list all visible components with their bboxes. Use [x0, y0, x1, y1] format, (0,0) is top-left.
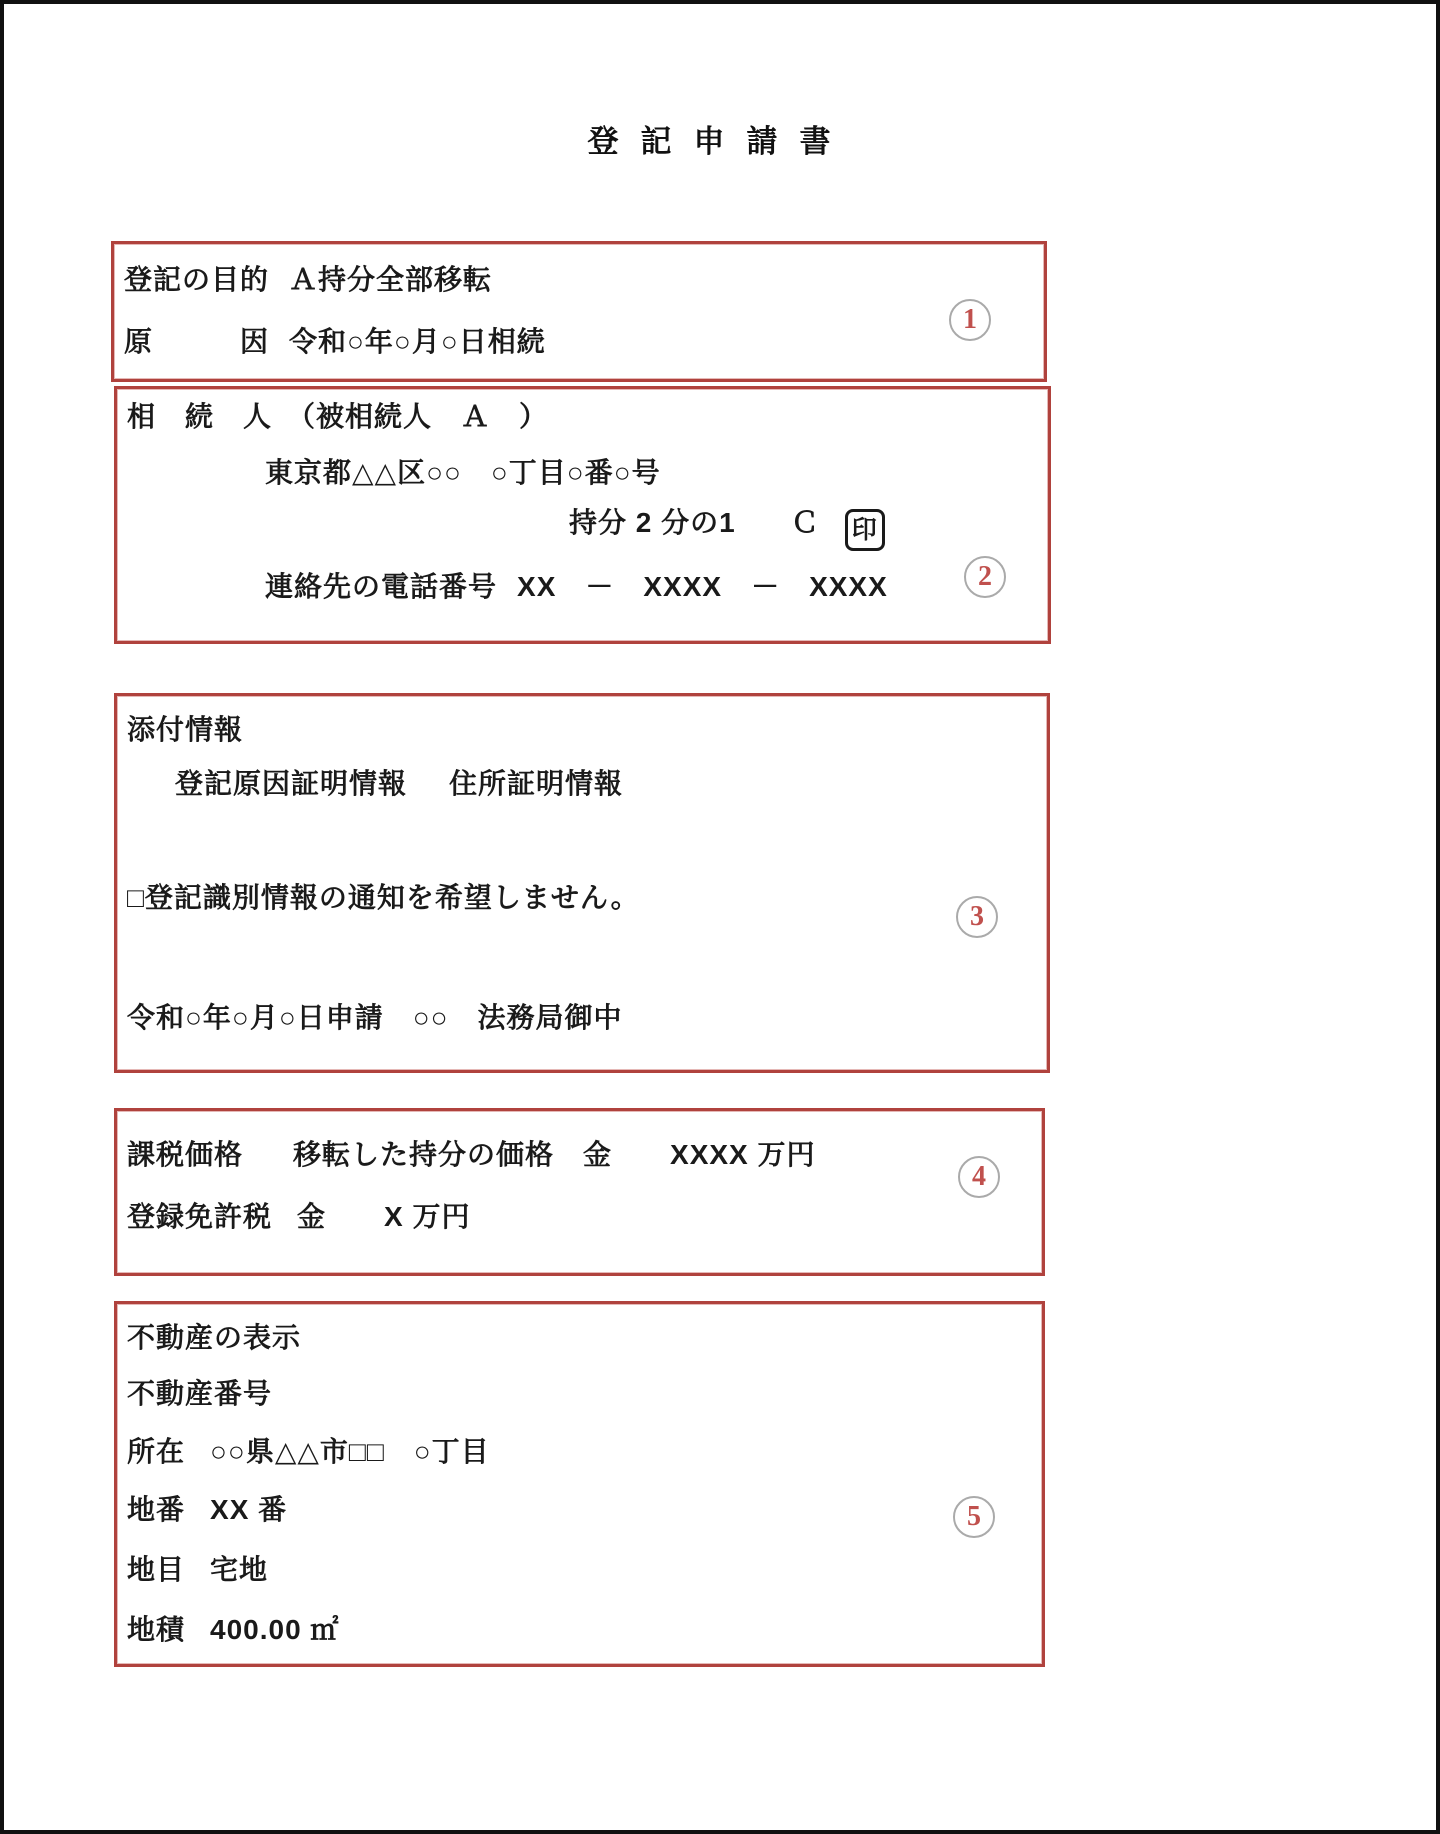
- heir-address: 東京都△△区○○ ○丁目○番○号: [265, 451, 661, 491]
- land-category-label: 地目: [127, 1554, 185, 1585]
- tax-price-value: 移転した持分の価格 金 XXXX 万円: [293, 1139, 815, 1170]
- notification-checkbox[interactable]: □: [127, 882, 145, 913]
- cause-value: 令和○年○月○日相続: [289, 326, 546, 357]
- license-tax-label: 登録免許税: [127, 1201, 272, 1232]
- cause-row: 原 因令和○年○月○日相続: [124, 320, 546, 360]
- phone-label: 連絡先の電話番号: [265, 571, 497, 602]
- registration-application-document: 登記申請書 登記の目的Ａ持分全部移転 原 因令和○年○月○日相続 1 相 続 人…: [0, 0, 1440, 1834]
- lot-number-label: 地番: [127, 1494, 185, 1525]
- section-2-badge: 2: [964, 556, 1006, 598]
- property-row: 不動産番号: [127, 1372, 297, 1412]
- phone-value: XX － XXXX － XXXX: [517, 571, 888, 602]
- share-row: 持分 2 分の1Ｃ印: [569, 501, 885, 551]
- property-number-label: 不動産番号: [127, 1378, 272, 1409]
- heir-name: Ｃ: [791, 507, 820, 538]
- notification-row: □登記識別情報の通知を希望しません。: [127, 876, 640, 916]
- purpose-row: 登記の目的Ａ持分全部移転: [124, 258, 492, 298]
- property-row: 所在○○県△△市□□ ○丁目: [127, 1430, 490, 1470]
- purpose-label: 登記の目的: [124, 264, 269, 295]
- page-title: 登記申請書: [4, 116, 1436, 161]
- attachments-row: 登記原因証明情報住所証明情報: [175, 762, 623, 802]
- lot-number-value: XX 番: [210, 1494, 287, 1525]
- application-date-line: 令和○年○月○日申請 ○○ 法務局御中: [127, 996, 623, 1036]
- attachments-heading: 添付情報: [127, 708, 243, 748]
- tax-price-row: 課税価格移転した持分の価格 金 XXXX 万円: [127, 1133, 816, 1173]
- land-area-label: 地積: [127, 1614, 185, 1645]
- section-5-badge: 5: [953, 1496, 995, 1538]
- license-tax-row: 登録免許税金 X 万円: [127, 1195, 470, 1235]
- purpose-value: Ａ持分全部移転: [289, 264, 492, 295]
- property-row: 地積400.00 ㎡: [127, 1608, 339, 1648]
- attachment-cause-cert: 登記原因証明情報: [175, 768, 407, 799]
- land-area-value: 400.00 ㎡: [210, 1614, 339, 1645]
- tax-price-label: 課税価格: [127, 1139, 243, 1170]
- section-attachments-box: 添付情報 登記原因証明情報住所証明情報 □登記識別情報の通知を希望しません。 令…: [114, 693, 1050, 1073]
- phone-row: 連絡先の電話番号XX － XXXX － XXXX: [265, 565, 888, 605]
- land-category-value: 宅地: [210, 1554, 268, 1585]
- attachment-address-cert: 住所証明情報: [449, 768, 623, 799]
- property-heading: 不動産の表示: [127, 1316, 301, 1356]
- section-3-badge: 3: [956, 896, 998, 938]
- notification-text: 登記識別情報の通知を希望しません。: [145, 882, 640, 913]
- heir-heading: 相 続 人 （被相続人 Ａ ）: [127, 395, 548, 435]
- section-purpose-box: 登記の目的Ａ持分全部移転 原 因令和○年○月○日相続 1: [111, 241, 1047, 382]
- license-tax-value: 金 X 万円: [297, 1201, 470, 1232]
- section-heir-box: 相 続 人 （被相続人 Ａ ） 東京都△△区○○ ○丁目○番○号 持分 2 分の…: [114, 386, 1051, 644]
- location-label: 所在: [127, 1436, 185, 1467]
- section-4-badge: 4: [958, 1156, 1000, 1198]
- cause-label: 原 因: [124, 326, 269, 357]
- section-1-badge: 1: [949, 299, 991, 341]
- location-value: ○○県△△市□□ ○丁目: [210, 1436, 490, 1467]
- property-row: 地目宅地: [127, 1548, 268, 1588]
- section-property-box: 不動産の表示 不動産番号 所在○○県△△市□□ ○丁目 地番XX 番 地目宅地 …: [114, 1301, 1045, 1667]
- property-row: 地番XX 番: [127, 1488, 287, 1528]
- share-label: 持分 2 分の1: [569, 507, 736, 538]
- section-tax-box: 課税価格移転した持分の価格 金 XXXX 万円 登録免許税金 X 万円 4: [114, 1108, 1045, 1276]
- seal-mark-icon: 印: [845, 509, 885, 551]
